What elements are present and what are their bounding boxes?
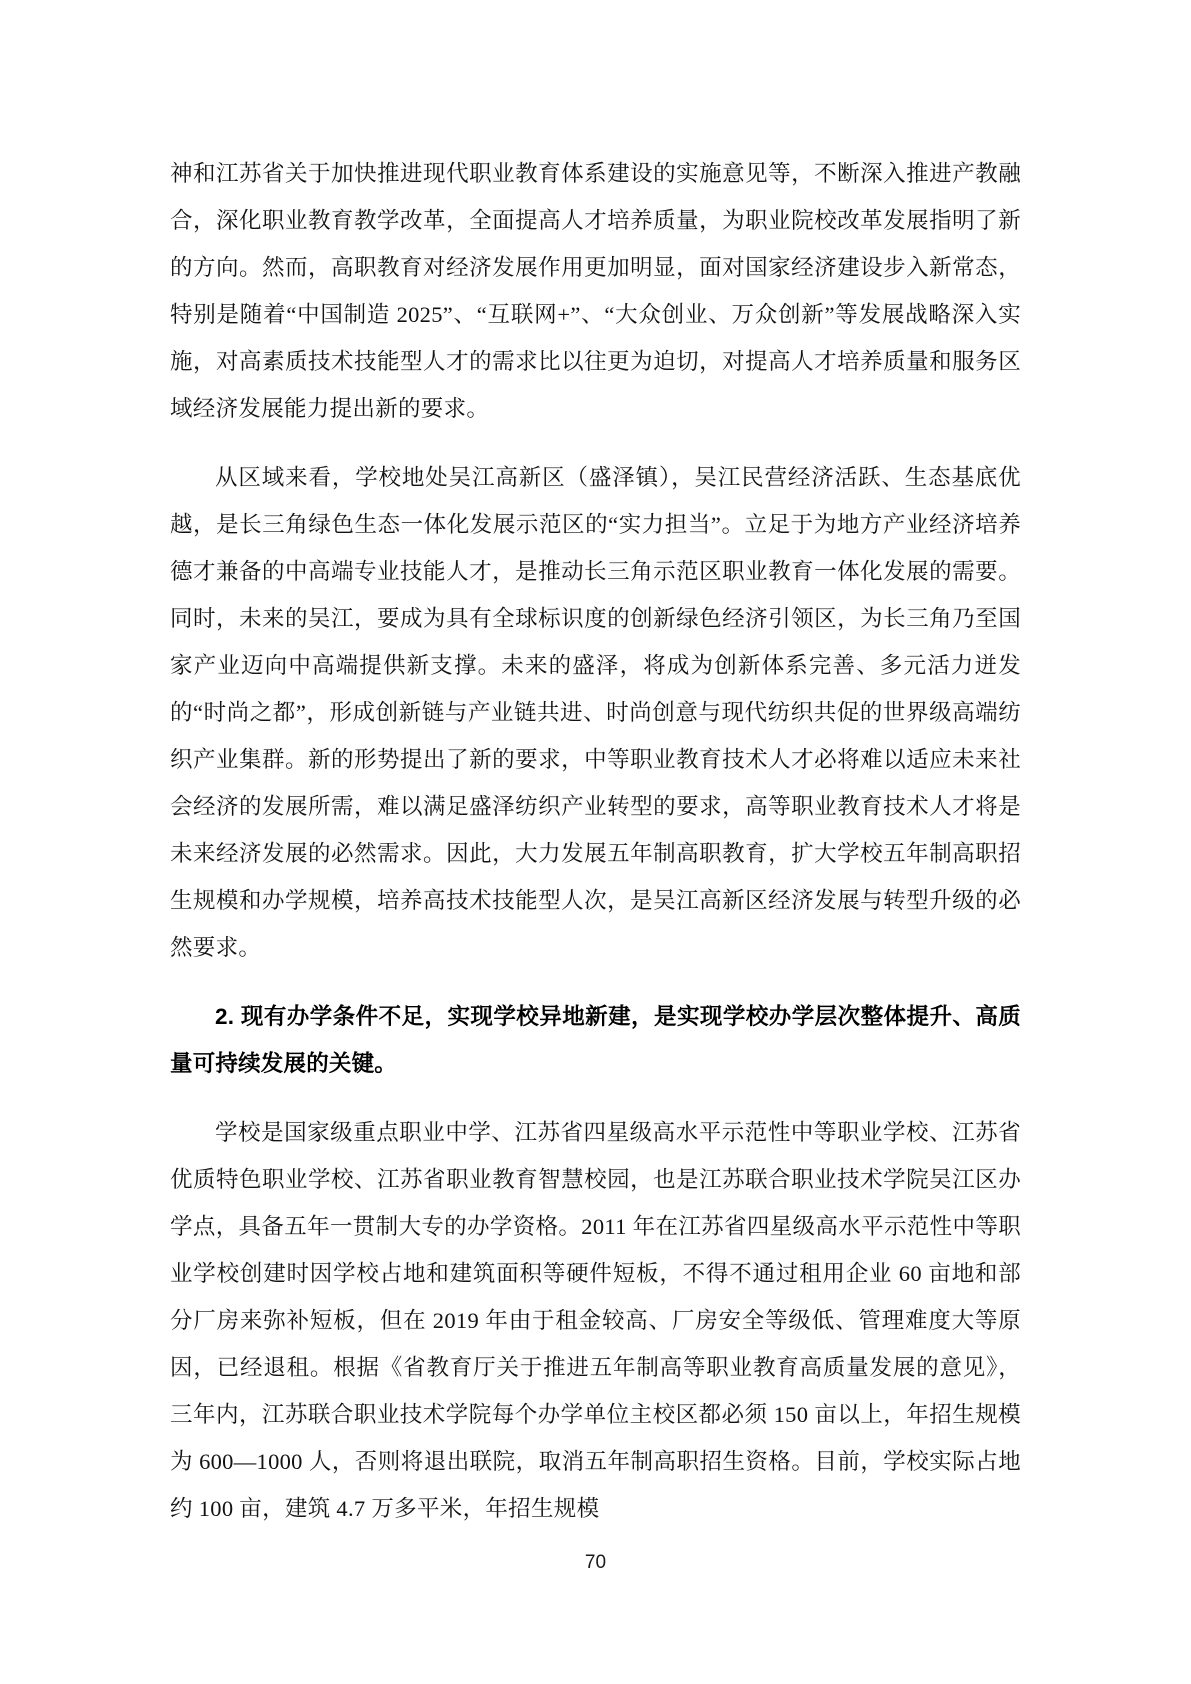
page-body: 神和江苏省关于加快推进现代职业教育体系建设的实施意见等，不断深入推进产教融合，深…: [170, 150, 1021, 1554]
body-paragraph: 学校是国家级重点职业中学、江苏省四星级高水平示范性中等职业学校、江苏省优质特色职…: [170, 1109, 1021, 1532]
document-page: 神和江苏省关于加快推进现代职业教育体系建设的实施意见等，不断深入推进产教融合，深…: [0, 0, 1191, 1684]
body-paragraph: 从区域来看，学校地处吴江高新区（盛泽镇），吴江民营经济活跃、生态基底优越，是长三…: [170, 454, 1021, 971]
page-number: 70: [0, 1552, 1191, 1574]
section-heading: 2. 现有办学条件不足，实现学校异地新建，是实现学校办学层次整体提升、高质量可持…: [170, 993, 1021, 1087]
body-paragraph: 神和江苏省关于加快推进现代职业教育体系建设的实施意见等，不断深入推进产教融合，深…: [170, 150, 1021, 432]
